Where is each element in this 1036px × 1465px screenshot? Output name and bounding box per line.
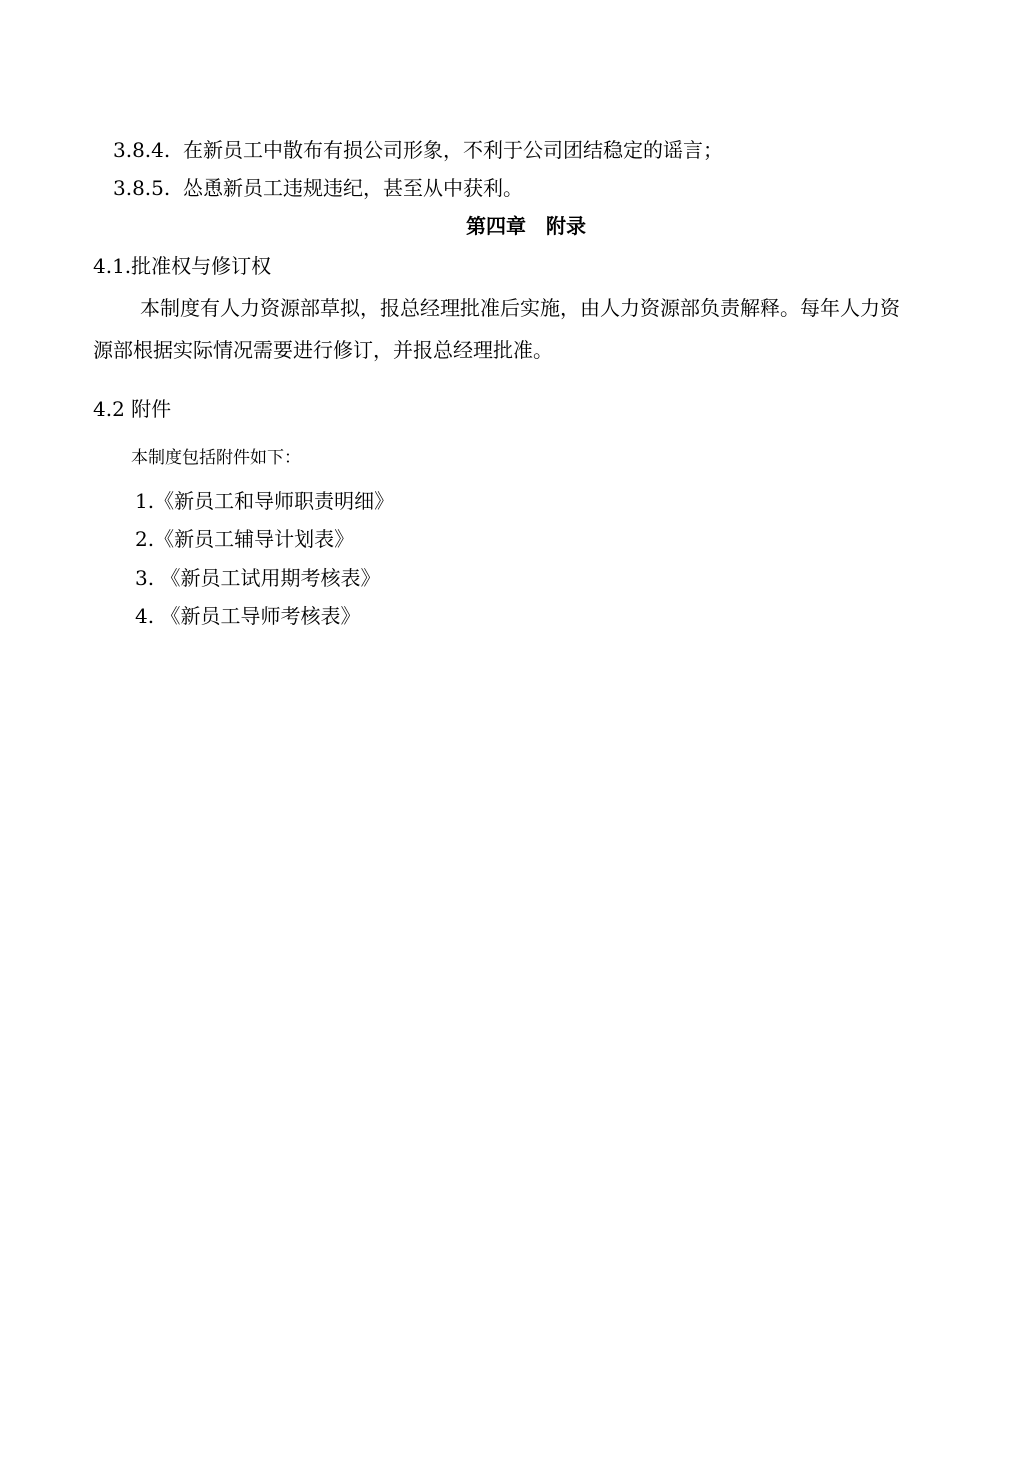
attachment-title: 《新员工试用期考核表》 [160,566,380,590]
clause-number: 3.8.4. [113,138,170,162]
attachment-item: 4. 《新员工导师考核表》 [135,604,360,628]
attachment-number: 3. [135,566,154,590]
attachments-intro: 本制度包括附件如下： [131,446,301,470]
attachment-number: 1. [135,489,154,513]
attachment-number: 4. [135,604,154,628]
attachment-number: 2. [135,527,154,551]
section-4-1-heading: 4.1.批准权与修订权 [93,254,271,278]
attachment-title: 《新员工和导师职责明细》 [154,489,394,513]
attachment-item: 1.《新员工和导师职责明细》 [135,489,394,513]
clause-number: 3.8.5. [113,176,170,200]
chapter-title: 第四章 附录 [466,214,586,238]
attachment-item: 3. 《新员工试用期考核表》 [135,566,380,590]
attachment-item: 2.《新员工辅导计划表》 [135,527,354,551]
section-4-1-paragraph-line-2: 源部根据实际情况需要进行修订，并报总经理批准。 [93,338,553,362]
section-4-2-heading: 4.2 附件 [93,397,171,421]
attachment-title: 《新员工导师考核表》 [160,604,360,628]
section-4-1-paragraph-line-1: 本制度有人力资源部草拟，报总经理批准后实施，由人力资源部负责解释。每年人力资 [140,296,900,320]
clause-text: 怂恿新员工违规违纪，甚至从中获利。 [183,176,523,200]
attachment-title: 《新员工辅导计划表》 [154,527,354,551]
clause-text: 在新员工中散布有损公司形象，不利于公司团结稳定的谣言； [183,138,723,162]
clause-3-8-5: 3.8.5. 怂恿新员工违规违纪，甚至从中获利。 [113,176,523,200]
clause-3-8-4: 3.8.4. 在新员工中散布有损公司形象，不利于公司团结稳定的谣言； [113,138,723,162]
